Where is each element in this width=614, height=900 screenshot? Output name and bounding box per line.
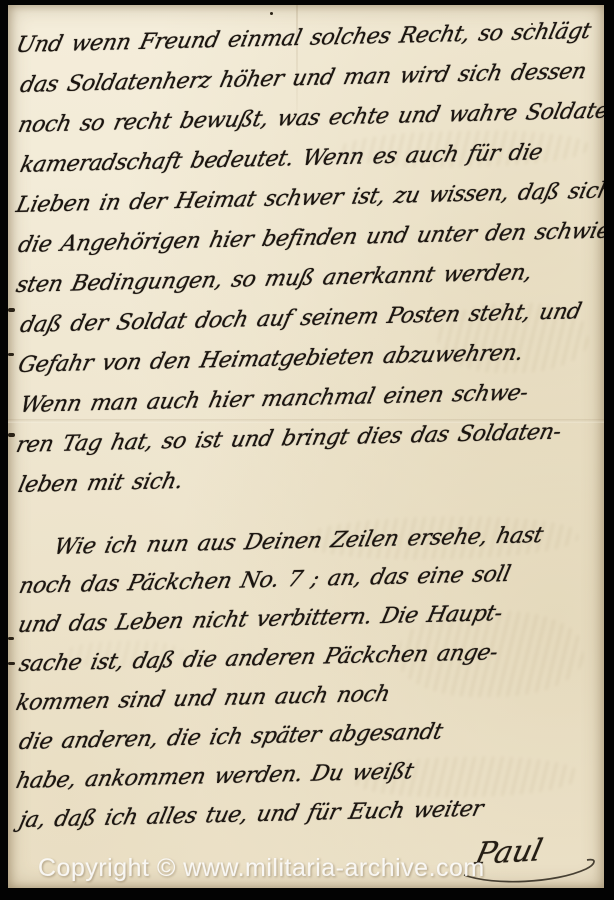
signature-flourish xyxy=(460,845,604,888)
scanned-letter-page: Und wenn Freund einmal solches Recht, so… xyxy=(0,0,614,900)
paragraph-1: Und wenn Freund einmal solches Recht, so… xyxy=(14,33,602,513)
handwritten-text: Und wenn Freund einmal solches Recht, so… xyxy=(14,5,602,888)
paragraph-2: Wie ich nun aus Deinen Zeilen ersehe, ha… xyxy=(14,535,602,847)
signature-block: Paul xyxy=(460,833,604,888)
letter-paper: Und wenn Freund einmal solches Recht, so… xyxy=(8,5,604,888)
